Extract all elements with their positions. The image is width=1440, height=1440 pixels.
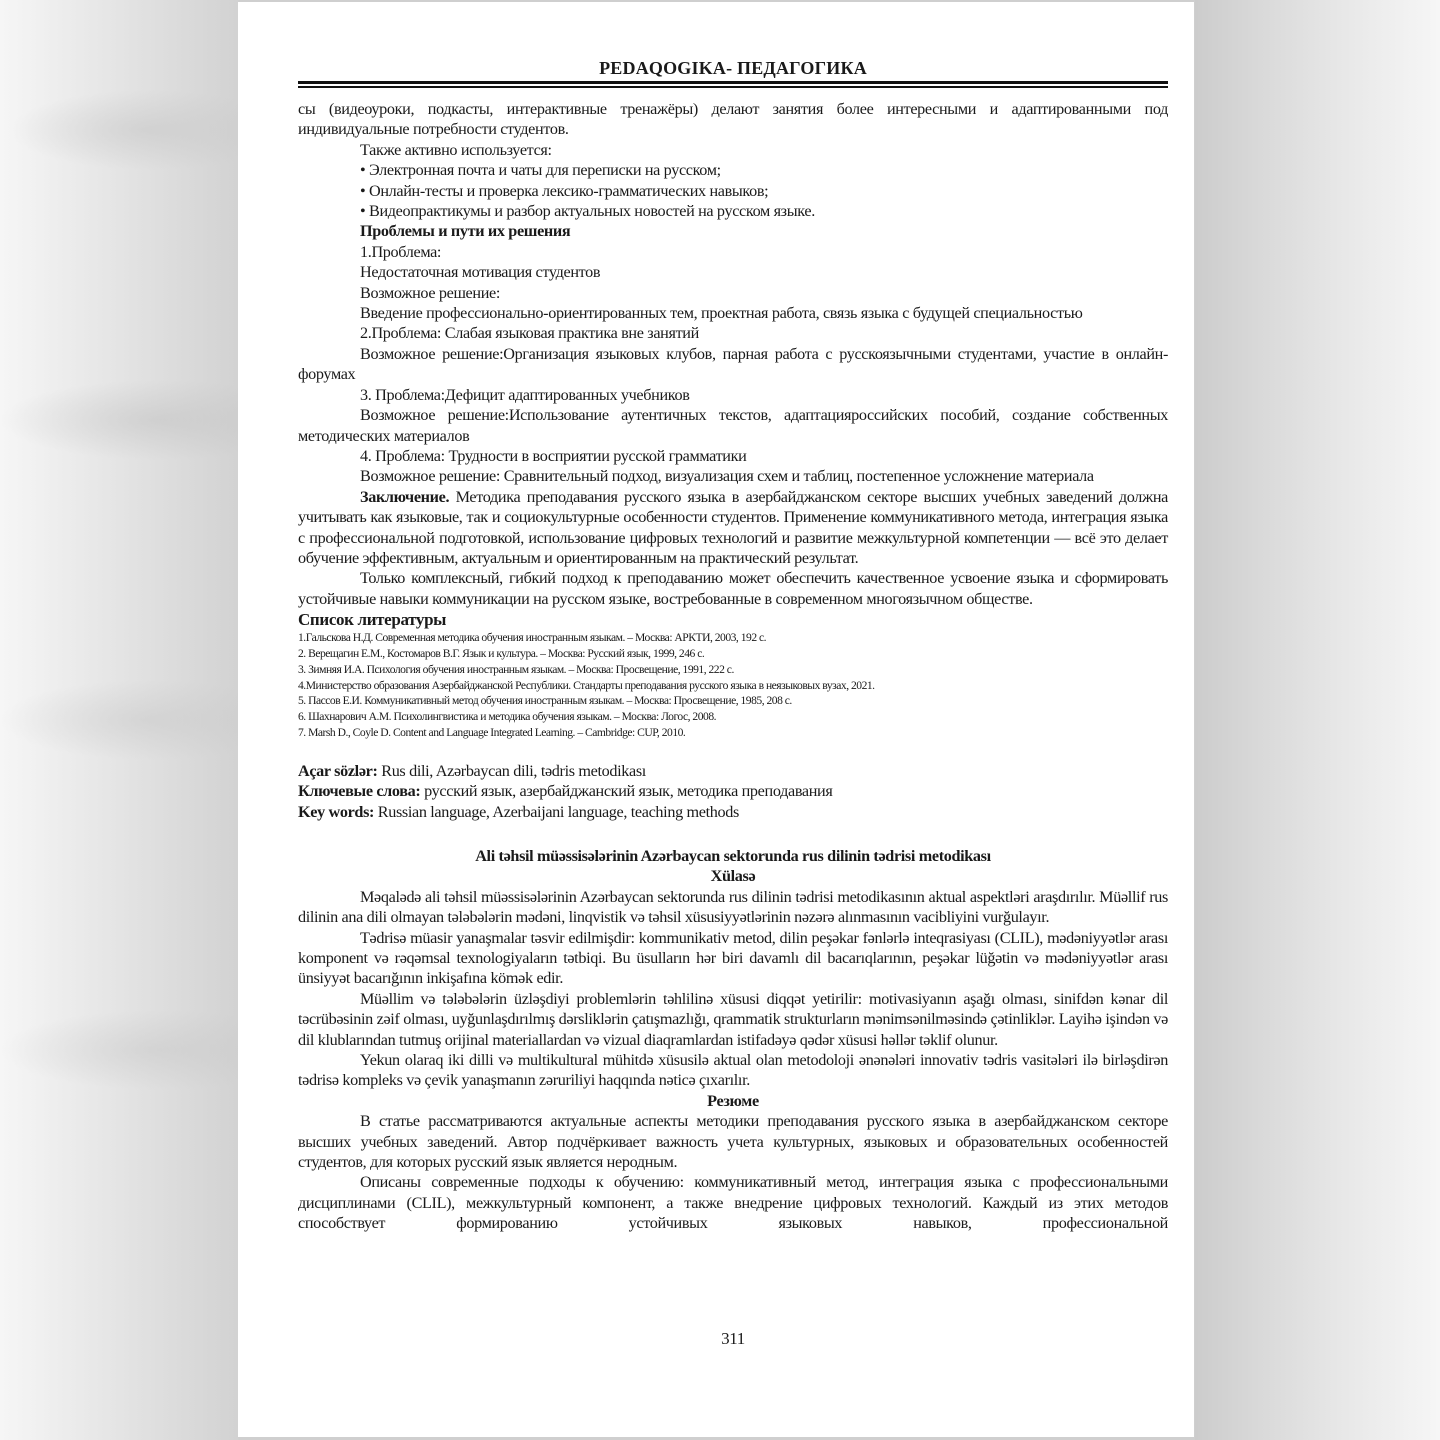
header-rule-thick [298,81,1168,84]
problem-text: Недостаточная мотивация студентов [298,262,1168,282]
reference-item: 3. Зимняя И.А. Психология обучения иност… [298,662,1168,678]
problem-label: 1.Проблема: [298,242,1168,262]
blurred-background-left [0,0,238,1440]
intro-continuation: сы (видеоуроки, подкасты, интерактивные … [298,99,1168,140]
az-summary-title: Ali təhsil müəssisələrinin Azərbaycan se… [298,846,1168,866]
keywords-az: Açar sözlər: Rus dili, Azərbaycan dili, … [298,761,1168,781]
references-title: Список литературы [298,609,1168,630]
keywords-ru-value: русский язык, азербайджанский язык, мето… [420,782,832,800]
solution-text: Введение профессионально-ориентированных… [298,303,1168,323]
ru-summary-heading: Резюме [298,1091,1168,1111]
problem-line: 3. Проблема:Дефицит адаптированных учебн… [298,385,1168,405]
problems-heading: Проблемы и пути их решения [298,221,1168,241]
bullet-item: • Видеопрактикумы и разбор актуальных но… [298,201,1168,221]
bullet-item: • Электронная почта и чаты для переписки… [298,160,1168,180]
header-rule-thin [298,86,1168,88]
also-used-label: Также активно используется: [298,140,1168,160]
reference-item: 2. Верещагин Е.М., Костомаров В.Г. Язык … [298,646,1168,662]
problem-line: 2.Проблема: Слабая языковая практика вне… [298,323,1168,343]
ru-summary-paragraph: Описаны современные подходы к обучению: … [298,1172,1168,1233]
conclusion-label: Заключение. [360,488,449,506]
references-list: 1.Гальскова Н.Д. Современная методика об… [298,630,1168,741]
solution-line: Возможное решение:Организация языковых к… [298,344,1168,385]
conclusion-paragraph-2: Только комплексный, гибкий подход к преп… [298,568,1168,609]
conclusion-paragraph: Заключение. Методика преподавания русско… [298,487,1168,569]
solution-line: Возможное решение: Сравнительный подход,… [298,466,1168,486]
reference-item: 6. Шахнарович А.М. Психолингвистика и ме… [298,709,1168,725]
reference-item: 5. Пассов Е.И. Коммуникативный метод обу… [298,693,1168,709]
keywords-en: Key words: Russian language, Azerbaijani… [298,802,1168,822]
keywords-az-label: Açar sözlər: [298,762,378,780]
blurred-background-right [1195,0,1440,1440]
az-summary-paragraph: Tədrisə müasir yanaşmalar təsvir edilmiş… [298,928,1168,989]
solution-label: Возможное решение: [298,283,1168,303]
az-summary-paragraph: Yekun olaraq iki dilli və multikultural … [298,1050,1168,1091]
reference-item: 7. Marsh D., Coyle D. Content and Langua… [298,725,1168,741]
az-summary-heading: Xülasə [298,866,1168,886]
keywords-en-label: Key words: [298,803,374,821]
page-number: 311 [298,1329,1168,1349]
keywords-az-value: Rus dili, Azərbaycan dili, tədris metodi… [378,762,646,780]
reference-item: 4.Министерство образования Азербайджанск… [298,678,1168,694]
problem-line: 4. Проблема: Трудности в восприятии русс… [298,446,1168,466]
keywords-ru-label: Ключевые слова: [298,782,420,800]
az-summary-paragraph: Məqalədə ali təhsil müəssisələrinin Azər… [298,887,1168,928]
keywords-block: Açar sözlər: Rus dili, Azərbaycan dili, … [298,761,1168,822]
article-body: сы (видеоуроки, подкасты, интерактивные … [298,99,1168,1234]
ru-summary-paragraph: В статье рассматриваются актуальные аспе… [298,1111,1168,1172]
reference-item: 1.Гальскова Н.Д. Современная методика об… [298,630,1168,646]
keywords-en-value: Russian language, Azerbaijani language, … [374,803,739,821]
solution-line: Возможное решение:Использование аутентич… [298,405,1168,446]
bullet-item: • Онлайн-тесты и проверка лексико-грамма… [298,181,1168,201]
running-head: PEDAQOGIKA- ПЕДАГОГИКА [298,58,1168,78]
az-summary-paragraph: Müəllim və tələbələrin üzləşdiyi problem… [298,989,1168,1050]
keywords-ru: Ключевые слова: русский язык, азербайджа… [298,781,1168,801]
document-page: PEDAQOGIKA- ПЕДАГОГИКА сы (видеоуроки, п… [238,2,1194,1437]
